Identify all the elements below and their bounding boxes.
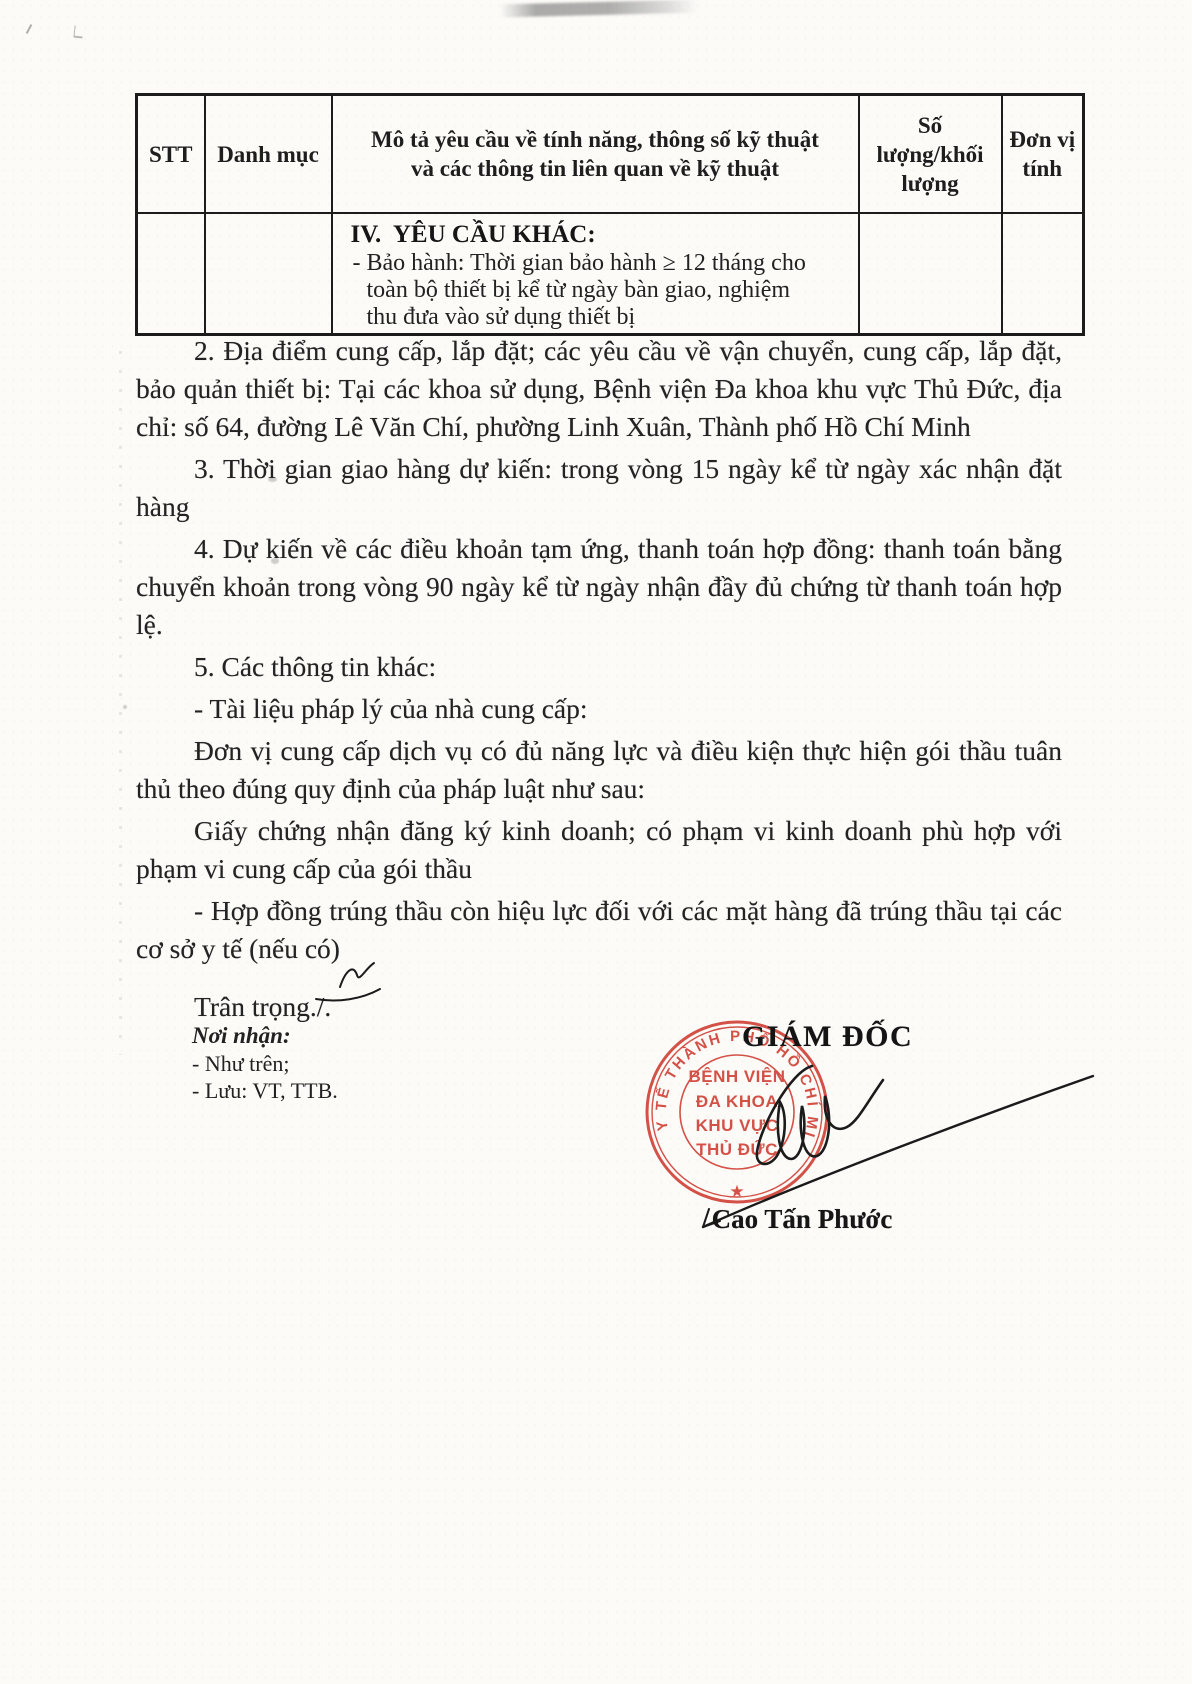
- warranty-line: toàn bộ thiết bị kể từ ngày bàn giao, ng…: [337, 277, 854, 304]
- paragraph-legal-docs: - Tài liệu pháp lý của nhà cung cấp:: [136, 690, 1062, 728]
- header-label: STT: [142, 140, 200, 169]
- header-label-line: tính: [1007, 154, 1079, 183]
- header-label-line: Đơn vị: [1007, 125, 1079, 154]
- recipients-title: Nơi nhận:: [192, 1022, 338, 1050]
- paragraph-capability: Đơn vị cung cấp dịch vụ có đủ năng lực v…: [136, 732, 1062, 808]
- header-label-line: và các thông tin liên quan về kỹ thuật: [337, 154, 854, 183]
- header-label: Danh mục: [210, 140, 327, 169]
- stamp-center-line: BỆNH VIỆN: [688, 1067, 785, 1086]
- paragraph-location: 2. Địa điểm cung cấp, lắp đặt; các yêu c…: [136, 332, 1062, 446]
- signer-role-title: GIÁM ĐỐC: [742, 1020, 913, 1054]
- section-title: IV. YÊU CẦU KHÁC:: [337, 216, 854, 250]
- stamp-center-line: THỦ ĐỨC: [696, 1140, 778, 1159]
- warranty-line: thu đưa vào sử dụng thiết bị: [337, 304, 854, 331]
- paragraph-delivery-time: 3. Thời gian giao hàng dự kiến: trong vò…: [136, 450, 1062, 526]
- stamp-center-line: ĐA KHOA: [696, 1092, 778, 1111]
- recipient-item: - Lưu: VT, TTB.: [192, 1077, 338, 1104]
- paragraph-other-info: 5. Các thông tin khác:: [136, 648, 1062, 686]
- requirements-table: STT Danh mục Mô tả yêu cầu về tính năng,…: [135, 93, 1085, 336]
- header-label-line: Số: [864, 111, 997, 140]
- recipients-block: Nơi nhận: - Như trên; - Lưu: VT, TTB.: [192, 1022, 338, 1104]
- scan-speck: [123, 705, 127, 709]
- cell-so-luong-empty: [859, 213, 1002, 335]
- header-cell-mo-ta: Mô tả yêu cầu về tính năng, thông số kỹ …: [332, 95, 859, 214]
- pencil-mark: [26, 24, 32, 34]
- header-label-line: lượng/khối: [864, 140, 997, 169]
- header-cell-so-luong: Số lượng/khối lượng: [859, 95, 1002, 214]
- header-label-line: Mô tả yêu cầu về tính năng, thông số kỹ …: [337, 125, 854, 154]
- cell-don-vi-empty: [1002, 213, 1084, 335]
- table-row: IV. YÊU CẦU KHÁC: - Bảo hành: Thời gian …: [137, 213, 1084, 335]
- cell-description: IV. YÊU CẦU KHÁC: - Bảo hành: Thời gian …: [332, 213, 859, 335]
- stamp-star: ★: [729, 1182, 744, 1201]
- header-label-line: lượng: [864, 169, 997, 198]
- cell-stt-empty: [137, 213, 205, 335]
- paragraph-business-license: Giấy chứng nhận đăng ký kinh doanh; có p…: [136, 812, 1062, 888]
- header-cell-danh-muc: Danh mục: [205, 95, 332, 214]
- paragraph-contract-validity: - Hợp đồng trúng thầu còn hiệu lực đối v…: [136, 892, 1062, 968]
- cell-danh-muc-empty: [205, 213, 332, 335]
- closing-salutation: Trân trọng./.: [136, 988, 1062, 1026]
- table-header-row: STT Danh mục Mô tả yêu cầu về tính năng,…: [137, 95, 1084, 214]
- paragraph-payment: 4. Dự kiến về các điều khoản tạm ứng, th…: [136, 530, 1062, 644]
- scan-smudge: [500, 0, 698, 17]
- warranty-line: - Bảo hành: Thời gian bảo hành ≥ 12 thán…: [337, 250, 854, 277]
- signer-name: Cao Tấn Phước: [652, 1204, 952, 1235]
- document-body: 2. Địa điểm cung cấp, lắp đặt; các yêu c…: [136, 332, 1062, 1030]
- recipient-item: - Như trên;: [192, 1050, 338, 1077]
- header-cell-don-vi: Đơn vị tính: [1002, 95, 1084, 214]
- stamp-center-line: KHU VỰC: [696, 1116, 779, 1135]
- header-cell-stt: STT: [137, 95, 205, 214]
- signature-loops: [757, 1066, 883, 1164]
- scan-margin-noise: [119, 335, 122, 1055]
- scanned-document-page: STT Danh mục Mô tả yêu cầu về tính năng,…: [0, 0, 1192, 1684]
- stamp-inner-ring: [680, 1055, 794, 1169]
- pencil-mark: [73, 26, 83, 39]
